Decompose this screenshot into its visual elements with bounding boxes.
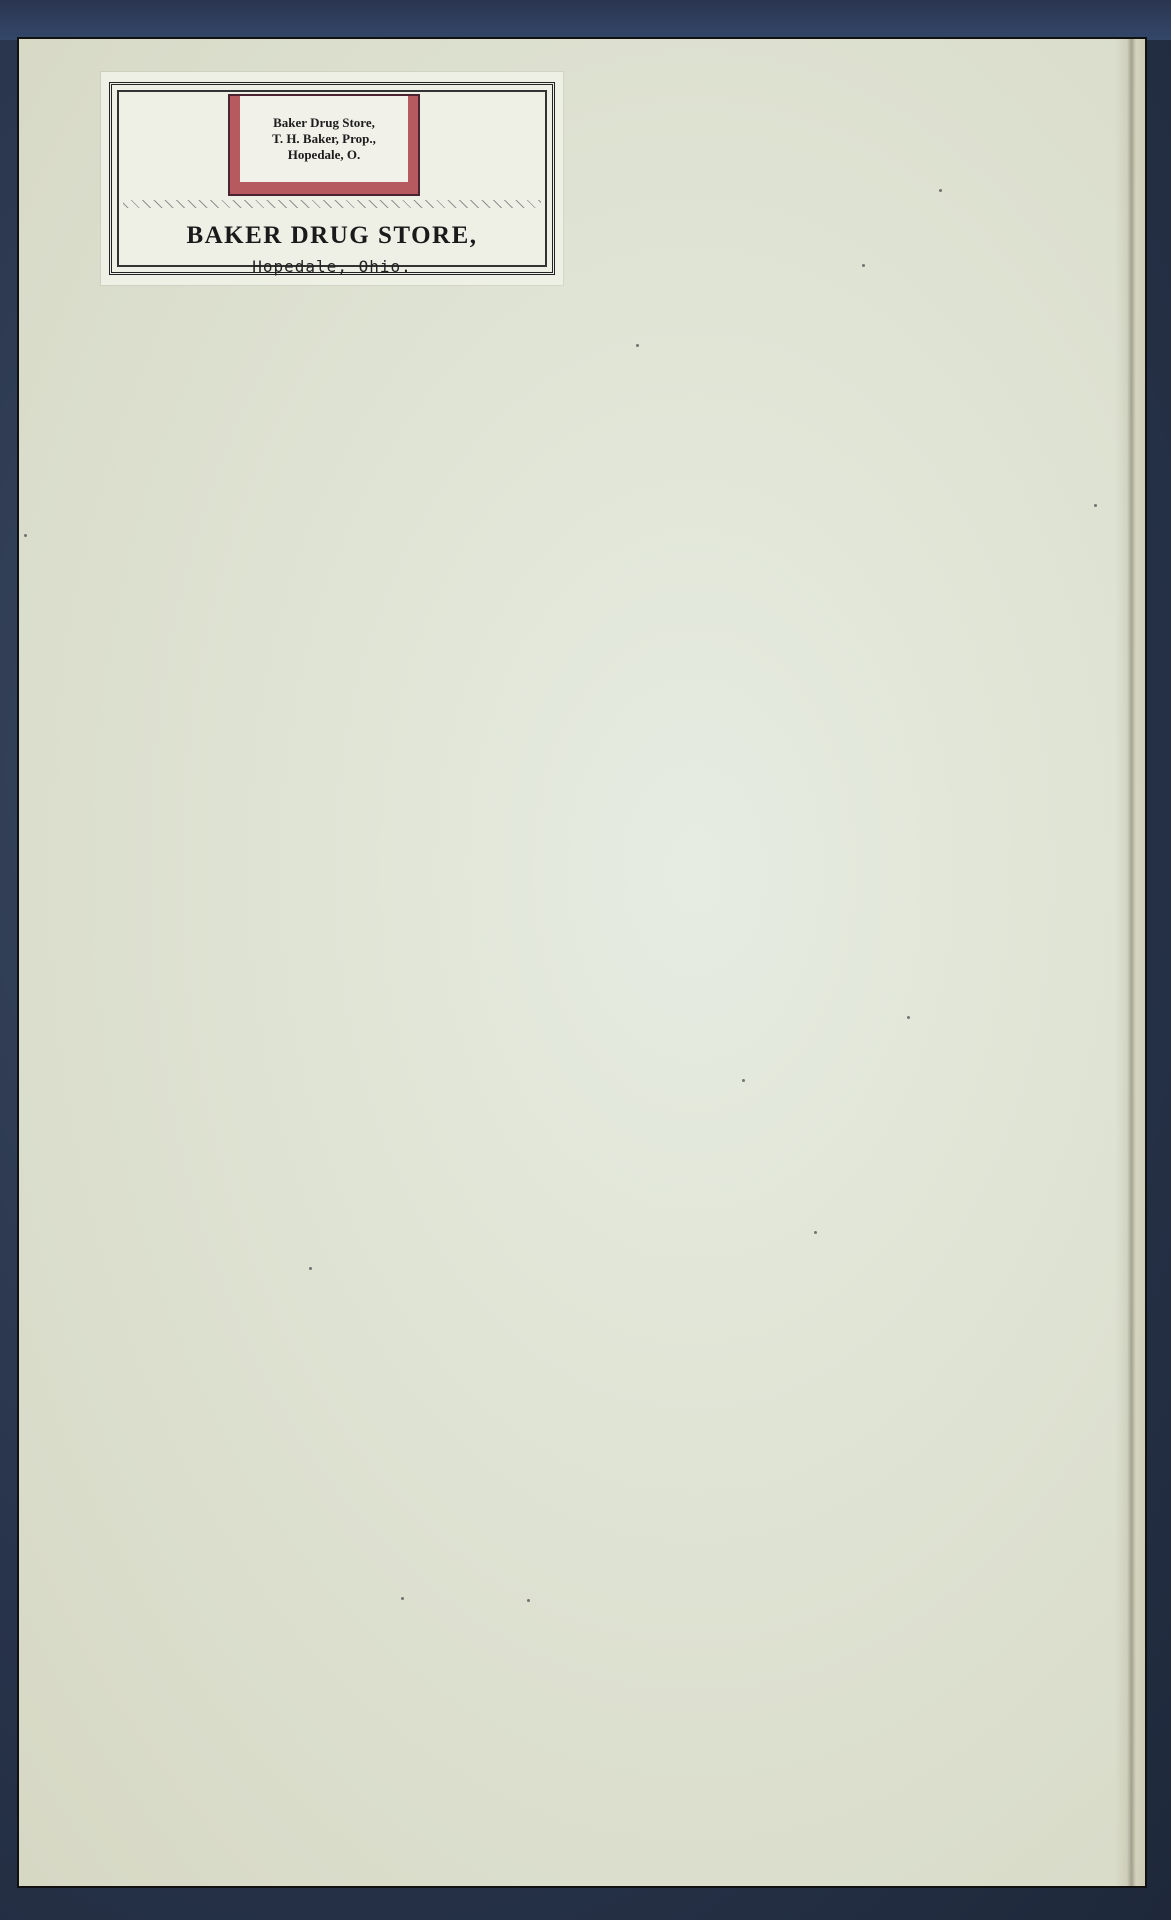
stamp-inset: Baker Drug Store, T. H. Baker, Prop., Ho… [228,94,420,196]
page-gutter [1115,39,1145,1886]
store-location: Hopedale, Ohio. [101,257,563,276]
foxing-speck [636,344,639,347]
foxing-speck [742,1079,745,1082]
foxing-speck [527,1599,530,1602]
book-cover-top-edge [0,0,1171,40]
foxing-speck [1094,504,1097,507]
foxing-speck [309,1267,312,1270]
foxing-speck [907,1016,910,1019]
foxing-speck [939,189,942,192]
bookseller-label: Baker Drug Store, T. H. Baker, Prop., Ho… [101,72,563,285]
foxing-speck [401,1597,404,1600]
foxing-speck [814,1231,817,1234]
endpaper-page: Baker Drug Store, T. H. Baker, Prop., Ho… [17,37,1147,1888]
foxing-speck [862,264,865,267]
stamp-paper: Baker Drug Store, T. H. Baker, Prop., Ho… [240,96,408,182]
foxing-speck [24,534,27,537]
stamp-line-3: Hopedale, O. [288,147,361,163]
stamp-line-2: T. H. Baker, Prop., [272,131,376,147]
wavy-rule-divider [123,200,541,208]
store-name: BAKER DRUG STORE, [101,222,563,250]
stamp-line-1: Baker Drug Store, [273,115,375,131]
